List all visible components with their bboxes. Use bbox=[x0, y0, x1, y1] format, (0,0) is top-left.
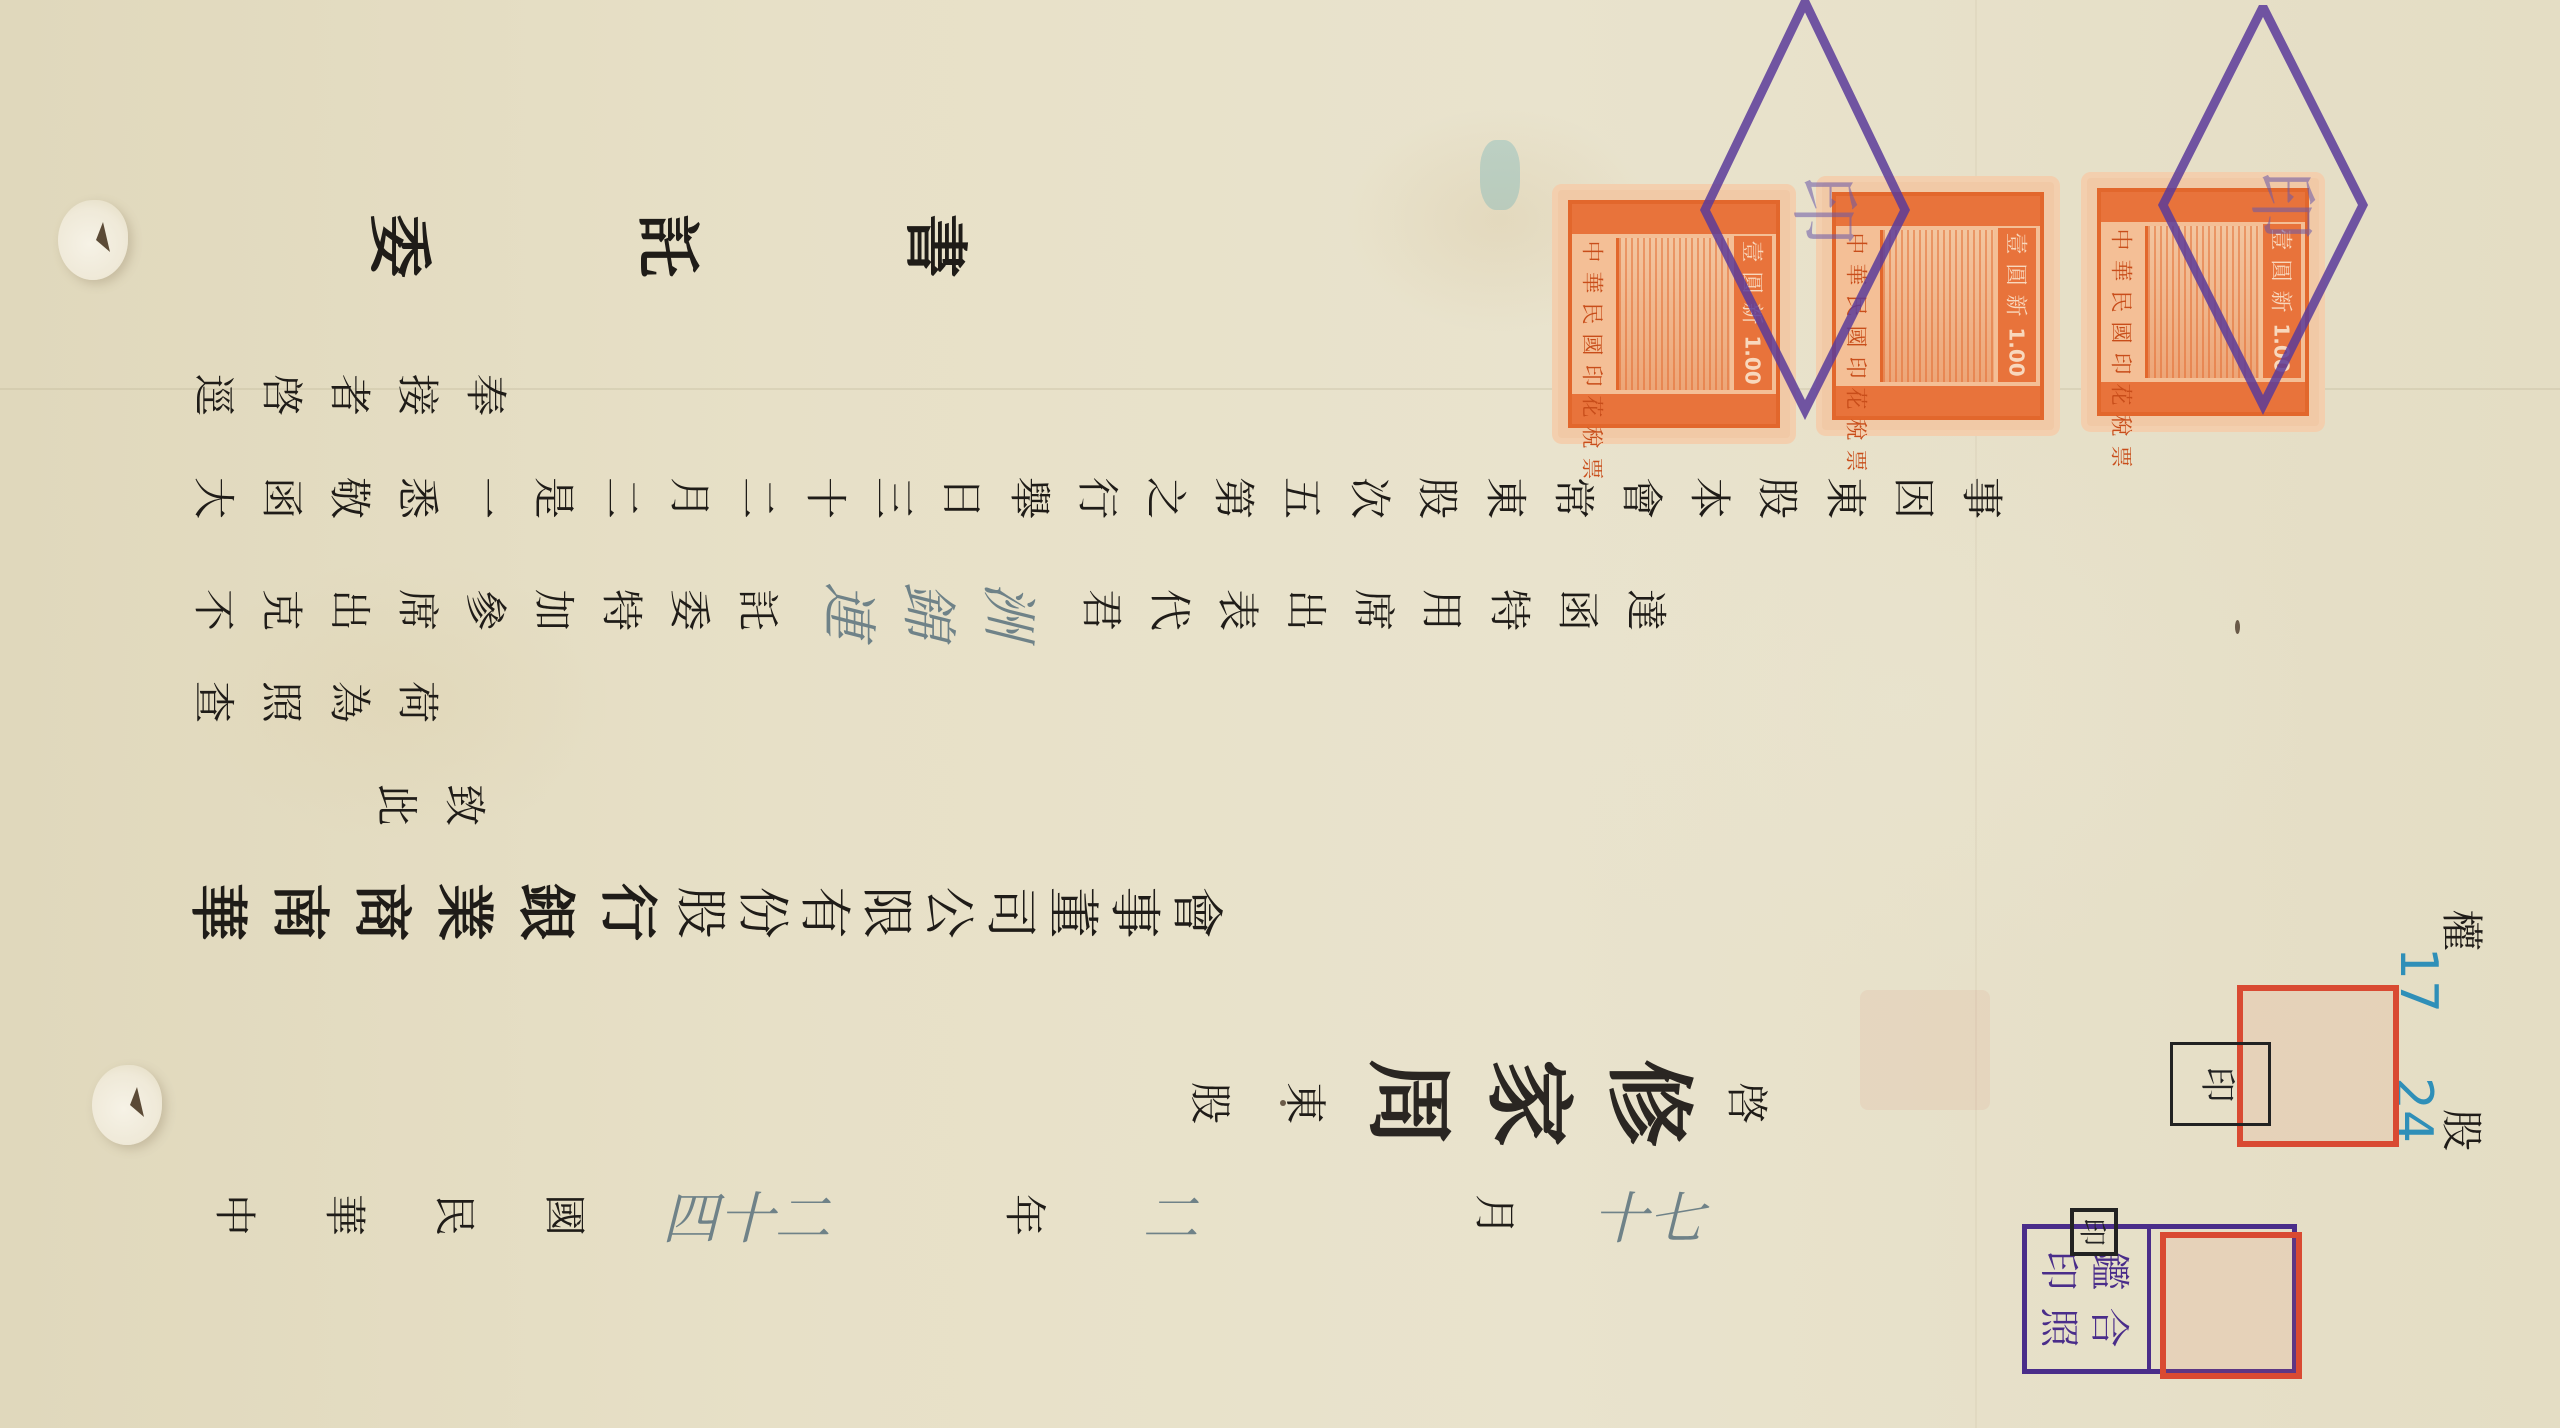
verification-seal bbox=[2160, 1232, 2302, 1379]
addressee-company: 華 南 商 業 銀 行 股 份 有 限 公 司 董 事 會 bbox=[182, 870, 1232, 954]
ink-mark bbox=[2235, 620, 2240, 634]
text-char: 參 bbox=[458, 576, 518, 644]
text-char: 華 bbox=[317, 1160, 377, 1270]
text-char: 一 bbox=[458, 464, 518, 532]
title-char: 書 bbox=[894, 162, 986, 330]
text-char: 大 bbox=[186, 464, 246, 532]
cancellation-mark-icon: 印 bbox=[1690, 0, 1920, 420]
body-line-4: 查 照 為 荷 bbox=[182, 672, 454, 732]
text-char: 日 bbox=[934, 464, 994, 532]
closing-greeting: 此 致 bbox=[365, 775, 501, 835]
signature-char: 周 bbox=[1352, 1043, 1478, 1163]
text-char: 為 bbox=[322, 668, 382, 736]
day-handwritten: 十七 bbox=[1592, 1175, 1704, 1255]
text-char: 月 bbox=[662, 464, 722, 532]
text-char: 致 bbox=[437, 771, 497, 839]
text-char: 五 bbox=[1274, 464, 1334, 532]
title-char: 委 bbox=[358, 162, 450, 330]
text-char: 啓 bbox=[254, 361, 314, 429]
text-char: 託 bbox=[730, 576, 790, 644]
text-char: 會 bbox=[1164, 881, 1239, 943]
text-char: 事 bbox=[1954, 464, 2014, 532]
text-char: 華 bbox=[181, 871, 265, 953]
text-char: 達 bbox=[1618, 576, 1678, 644]
text-char: 之 bbox=[1138, 464, 1198, 532]
faint-red-seal bbox=[1860, 990, 1990, 1110]
text-char: 逕 bbox=[186, 361, 246, 429]
text-char: 行 bbox=[591, 871, 675, 953]
text-char: 出 bbox=[322, 576, 382, 644]
text-char: 代 bbox=[1142, 576, 1202, 644]
text-char: 民 bbox=[427, 1160, 487, 1270]
text-char: 不 bbox=[186, 576, 246, 644]
blue-ink-smudge bbox=[1480, 140, 1520, 210]
punch-hole bbox=[92, 1065, 162, 1145]
text-char: 席 bbox=[1346, 576, 1406, 644]
text-char: 權 bbox=[2434, 896, 2494, 964]
text-char: 第 bbox=[1206, 464, 1266, 532]
text-char: 二 bbox=[594, 464, 654, 532]
text-char: 次 bbox=[1342, 464, 1402, 532]
text-char: 因 bbox=[1886, 464, 1946, 532]
text-char: 表 bbox=[1210, 576, 1270, 644]
text-char: 特 bbox=[594, 576, 654, 644]
text-char: 函 bbox=[254, 464, 314, 532]
text-char: 東 bbox=[1818, 464, 1878, 532]
month-handwritten: 二 bbox=[1142, 1175, 1282, 1255]
text-char: 股 bbox=[1410, 464, 1470, 532]
body-line-3: 不 克 出 席 參 加 特 委 託 連 錦 洲 君 代 表 出 席 用 特 函 … bbox=[182, 570, 1682, 650]
text-char: 三 bbox=[866, 464, 926, 532]
text-char: 股 bbox=[1750, 464, 1810, 532]
text-char: 會 bbox=[1614, 464, 1674, 532]
punch-hole bbox=[58, 200, 128, 280]
signature-line: 股 東 周 家 修 啓 bbox=[1165, 1040, 1783, 1166]
handwritten-char: 洲 bbox=[972, 570, 1052, 650]
text-char: 啓 bbox=[1719, 1069, 1779, 1137]
text-char: 舉 bbox=[1002, 464, 1062, 532]
shareholder-signature: 周 家 修 bbox=[1355, 1040, 1715, 1166]
text-char: 加 bbox=[526, 576, 586, 644]
signature-char: 家 bbox=[1472, 1043, 1598, 1163]
text-char: 是 bbox=[526, 464, 586, 532]
text-char: 查 bbox=[186, 668, 246, 736]
signature-char: 修 bbox=[1592, 1043, 1718, 1163]
text-char: 南 bbox=[263, 871, 347, 953]
text-char: 奉 bbox=[458, 361, 518, 429]
proxy-name-handwritten: 連 錦 洲 bbox=[812, 570, 1052, 650]
text-char: 銀 bbox=[509, 871, 593, 953]
verification-marker-box: 印 bbox=[2070, 1208, 2118, 1256]
handwritten-char: 錦 bbox=[892, 570, 972, 650]
text-char: 東 bbox=[1478, 464, 1538, 532]
text-char: 國 bbox=[537, 1160, 597, 1270]
title-char: 託 bbox=[626, 162, 718, 330]
text-char: 君 bbox=[1074, 576, 1134, 644]
text-char: 函 bbox=[1550, 576, 1610, 644]
text-char: 商 bbox=[345, 871, 429, 953]
text-char: 照 bbox=[254, 668, 314, 736]
text-char: 此 bbox=[369, 771, 429, 839]
text-char: 東 bbox=[1278, 1056, 1338, 1151]
text-char: 克 bbox=[254, 576, 314, 644]
text-char: 者 bbox=[322, 361, 382, 429]
body-line-1: 逕 啓 者 接 奉 bbox=[182, 365, 522, 425]
text-char: 本 bbox=[1682, 464, 1742, 532]
text-char: 中 bbox=[207, 1160, 267, 1270]
seal-marker-box: 印 bbox=[2170, 1042, 2271, 1126]
text-char: 股 bbox=[1183, 1056, 1243, 1151]
votes-label: 權 bbox=[2430, 900, 2498, 960]
text-char: 月 bbox=[1467, 1160, 1527, 1270]
text-char: 荷 bbox=[390, 668, 450, 736]
text-char: 用 bbox=[1414, 576, 1474, 644]
text-char: 出 bbox=[1278, 576, 1338, 644]
text-char: 特 bbox=[1482, 576, 1542, 644]
svg-text:印: 印 bbox=[1783, 175, 1865, 245]
body-line-2: 大 函 敬 悉 一 是 二 月 二 十 三 日 舉 行 之 第 五 次 股 東 … bbox=[182, 468, 2018, 528]
text-char: 悉 bbox=[390, 464, 450, 532]
text-char: 業 bbox=[427, 871, 511, 953]
text-char: 十 bbox=[798, 464, 858, 532]
text-char: 敬 bbox=[322, 464, 382, 532]
text-char: 接 bbox=[390, 361, 450, 429]
date-line: 中 華 民 國 四十二 年 二 月 十七 bbox=[182, 1175, 1704, 1255]
text-char: 年 bbox=[997, 1160, 1057, 1270]
shares-label: 股 bbox=[2430, 1100, 2498, 1160]
text-char: 股 bbox=[2434, 1096, 2494, 1164]
svg-text:印: 印 bbox=[2241, 170, 2323, 240]
year-handwritten: 四十二 bbox=[662, 1175, 932, 1255]
text-char: 行 bbox=[1070, 464, 1130, 532]
text-char: 委 bbox=[662, 576, 722, 644]
cancellation-mark-icon: 印 bbox=[2148, 5, 2378, 425]
handwritten-char: 連 bbox=[812, 570, 892, 650]
document-title: 委 託 書 bbox=[320, 200, 1024, 292]
text-char: 二 bbox=[730, 464, 790, 532]
ink-mark bbox=[1280, 1100, 1286, 1106]
text-char: 席 bbox=[390, 576, 450, 644]
